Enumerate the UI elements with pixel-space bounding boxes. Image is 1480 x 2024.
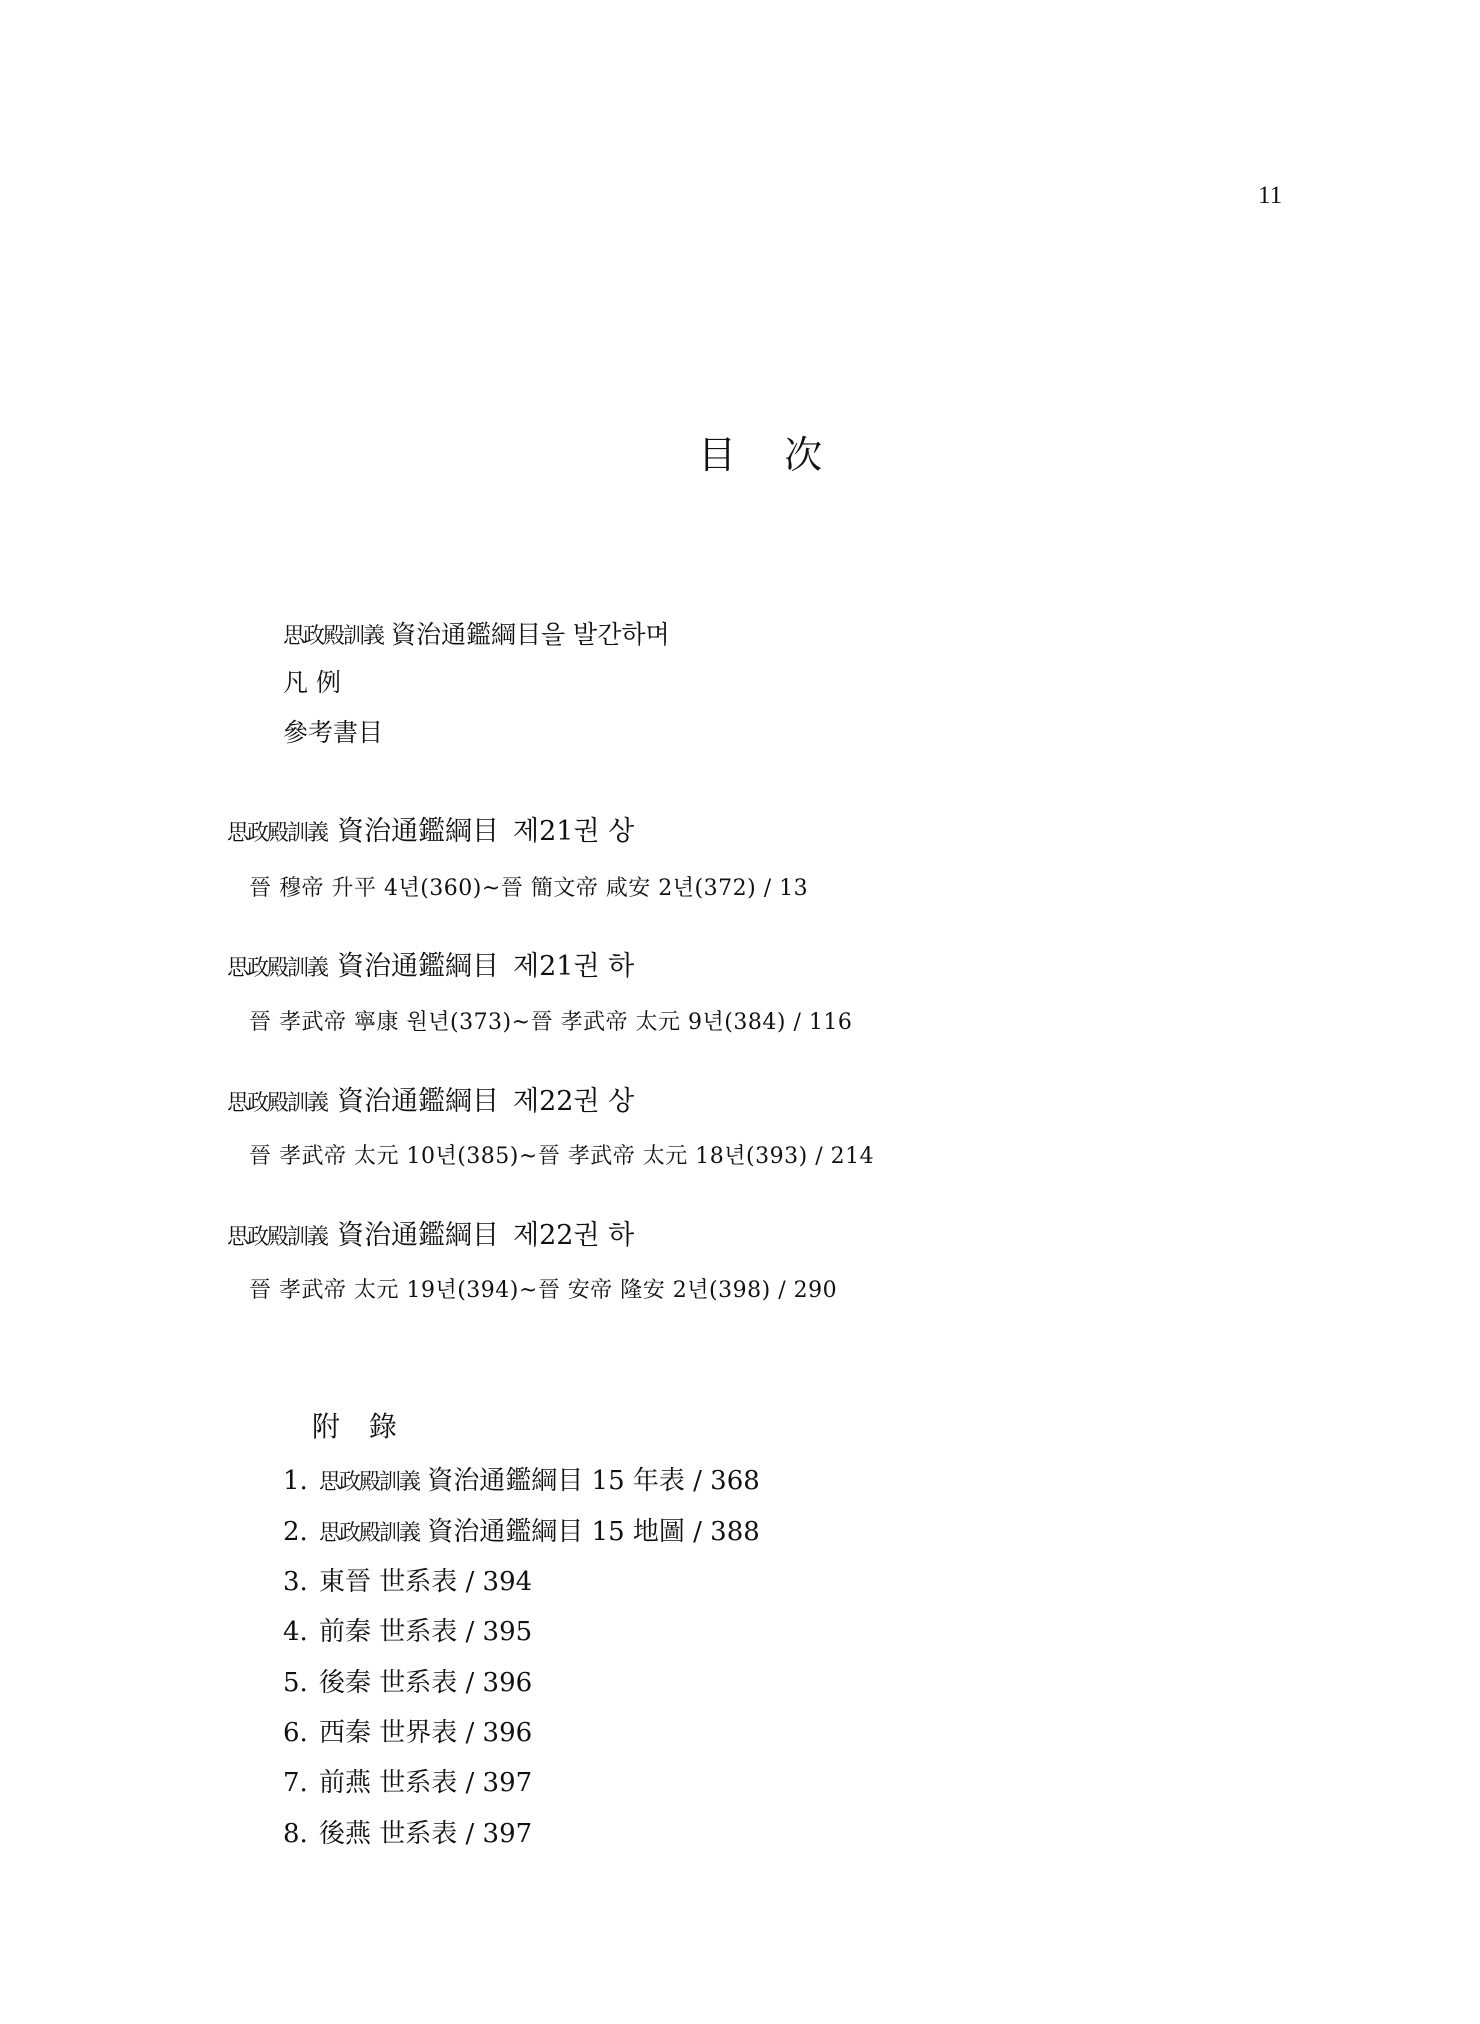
volume-number: 제21권 하 [513, 951, 634, 982]
toc-volume-heading[interactable]: 思政殿訓義資治通鑑綱目제21권 상 [227, 818, 634, 845]
appendix-item[interactable]: 6.西秦 世界表 / 396 [283, 1720, 532, 1746]
series-prefix: 思政殿訓義 [283, 624, 383, 649]
toc-intro-item[interactable]: 凡 例 [283, 670, 341, 695]
item-label: 前秦 世系表 / 395 [319, 1617, 532, 1647]
item-number: 2. [283, 1519, 319, 1545]
series-prefix: 思政殿訓義 [319, 1521, 419, 1546]
appendix-item[interactable]: 7.前燕 世系表 / 397 [283, 1770, 532, 1796]
item-number: 3. [283, 1569, 319, 1595]
series-prefix: 思政殿訓義 [227, 821, 327, 846]
toc-volume-range[interactable]: 晉 孝武帝 太元 10년(385)~晉 孝武帝 太元 18년(393) / 21… [249, 1146, 874, 1168]
appendix-item[interactable]: 2.思政殿訓義 資治通鑑綱目 15 地圖 / 388 [283, 1519, 760, 1545]
item-label: 西秦 世界表 / 396 [319, 1718, 532, 1748]
toc-intro-item[interactable]: 思政殿訓義 資治通鑑綱目을 발간하며 [283, 622, 670, 648]
volume-title: 資治通鑑綱目 [337, 1086, 499, 1117]
toc-intro-label: 參考書目 [283, 718, 383, 747]
item-number: 1. [283, 1468, 319, 1494]
item-label: 資治通鑑綱目 15 地圖 / 388 [419, 1517, 760, 1547]
item-label: 資治通鑑綱目 15 年表 / 368 [419, 1466, 760, 1496]
item-label: 後秦 世系表 / 396 [319, 1668, 532, 1698]
series-prefix: 思政殿訓義 [227, 1091, 327, 1116]
appendix-item[interactable]: 4.前秦 世系表 / 395 [283, 1619, 532, 1645]
volume-number: 제22권 하 [513, 1220, 634, 1251]
toc-volume-heading[interactable]: 思政殿訓義資治通鑑綱目제22권 상 [227, 1088, 634, 1115]
appendix-heading: 附 錄 [312, 1413, 407, 1441]
volume-number: 제22권 상 [513, 1086, 634, 1117]
volume-number: 제21권 상 [513, 816, 634, 847]
appendix-item[interactable]: 3.東晉 世系表 / 394 [283, 1569, 532, 1595]
toc-volume-range[interactable]: 晉 穆帝 升平 4년(360)~晉 簡文帝 咸安 2년(372) / 13 [249, 878, 808, 900]
toc-volume-heading[interactable]: 思政殿訓義資治通鑑綱目제21권 하 [227, 953, 634, 980]
item-number: 8. [283, 1821, 319, 1847]
toc-intro-label: 凡 例 [283, 668, 341, 697]
toc-volume-range[interactable]: 晉 孝武帝 太元 19년(394)~晉 安帝 隆安 2년(398) / 290 [249, 1280, 837, 1302]
series-prefix: 思政殿訓義 [227, 956, 327, 981]
volume-title: 資治通鑑綱目 [337, 816, 499, 847]
item-number: 4. [283, 1619, 319, 1645]
page-number: 11 [1258, 183, 1282, 208]
series-prefix: 思政殿訓義 [227, 1225, 327, 1250]
appendix-item[interactable]: 8.後燕 世系表 / 397 [283, 1821, 532, 1847]
item-label: 後燕 世系表 / 397 [319, 1819, 532, 1849]
item-number: 6. [283, 1720, 319, 1746]
item-label: 前燕 世系表 / 397 [319, 1768, 532, 1798]
appendix-item[interactable]: 1.思政殿訓義 資治通鑑綱目 15 年表 / 368 [283, 1468, 760, 1494]
volume-title: 資治通鑑綱目 [337, 1220, 499, 1251]
series-prefix: 思政殿訓義 [319, 1470, 419, 1495]
toc-volume-heading[interactable]: 思政殿訓義資治通鑑綱目제22권 하 [227, 1222, 634, 1249]
appendix-item[interactable]: 5.後秦 世系表 / 396 [283, 1670, 532, 1696]
toc-intro-label: 資治通鑑綱目을 발간하며 [383, 620, 670, 649]
volume-title: 資治通鑑綱目 [337, 951, 499, 982]
item-number: 5. [283, 1670, 319, 1696]
toc-intro-item[interactable]: 參考書目 [283, 720, 383, 745]
item-number: 7. [283, 1770, 319, 1796]
item-label: 東晉 世系表 / 394 [319, 1567, 532, 1597]
page-title: 目 次 [698, 436, 840, 474]
toc-volume-range[interactable]: 晉 孝武帝 寧康 원년(373)~晉 孝武帝 太元 9년(384) / 116 [249, 1012, 852, 1034]
